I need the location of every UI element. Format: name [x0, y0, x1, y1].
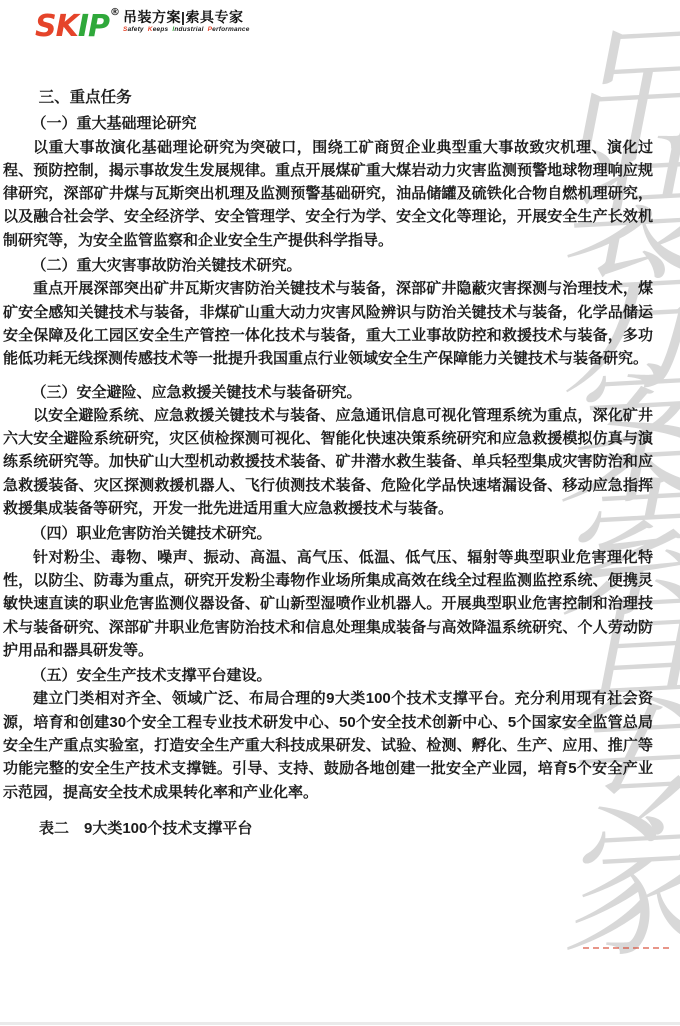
brand-letter-p: P — [88, 9, 109, 44]
section-1-title: （一）重大基础理论研究 — [3, 112, 653, 135]
logo-taglines: 吊装方案|索具专家 Safety Keeps Industrial Perfor… — [123, 6, 252, 33]
section-5-title: （五）安全生产技术支撑平台建设。 — [3, 664, 653, 687]
section-3-paragraph: 以安全避险系统、应急救援关键技术与装备、应急通讯信息可视化管理系统为重点，深化矿… — [3, 404, 653, 520]
section-1-paragraph: 以重大事故演化基础理论研究为突破口，围绕工矿商贸企业典型重大事故致灾机理、演化过… — [3, 136, 653, 252]
tagline-word-industrial: Industrial — [172, 26, 203, 33]
section-3-title: （三）安全避险、应急救援关键技术与装备研究。 — [3, 381, 653, 404]
brand-letter-k: K — [56, 9, 78, 44]
logo-tagline-english: Safety Keeps Industrial Performance — [123, 26, 252, 33]
skip-brand-wordmark: SKIP® — [35, 6, 119, 44]
red-marks-decoration — [583, 947, 669, 949]
page-bottom-edge — [0, 1022, 680, 1025]
company-logo: SKIP® 吊装方案|索具专家 Safety Keeps Industrial … — [35, 6, 252, 44]
section-2: （二）重大灾害事故防治关键技术研究。 重点开展深部突出矿井瓦斯灾害防治关键技术与… — [3, 254, 653, 370]
section-4: （四）职业危害防治关键技术研究。 针对粉尘、毒物、噪声、振动、高温、高气压、低温… — [3, 522, 653, 662]
registered-trademark-icon: ® — [110, 7, 119, 18]
tagline-word-performance: Performance — [208, 26, 250, 33]
logo-tagline-chinese: 吊装方案|索具专家 — [123, 9, 252, 25]
section-4-title: （四）职业危害防治关键技术研究。 — [3, 522, 653, 545]
tagline-word-keeps: Keeps — [148, 26, 169, 33]
section-4-paragraph: 针对粉尘、毒物、噪声、振动、高温、高气压、低温、低气压、辐射等典型职业危害理化特… — [3, 546, 653, 662]
section-2-paragraph: 重点开展深部突出矿井瓦斯灾害防治关键技术与装备，深部矿井隐蔽灾害探测与治理技术，… — [3, 277, 653, 370]
table-caption: 表二 9大类100个技术支撑平台 — [3, 817, 653, 840]
watermark-char: 家 — [553, 832, 680, 952]
brand-letter-s: S — [35, 9, 56, 44]
section-5: （五）安全生产技术支撑平台建设。 建立门类相对齐全、领域广泛、布局合理的9大类1… — [3, 664, 653, 804]
chapter-heading: 三、重点任务 — [3, 86, 653, 109]
section-1: （一）重大基础理论研究 以重大事故演化基础理论研究为突破口，围绕工矿商贸企业典型… — [3, 112, 653, 252]
section-3: （三）安全避险、应急救援关键技术与装备研究。 以安全避险系统、应急救援关键技术与… — [3, 381, 653, 521]
section-5-paragraph: 建立门类相对齐全、领域广泛、布局合理的9大类100个技术支撑平台。充分利用现有社… — [3, 687, 653, 803]
brand-letter-i: I — [78, 9, 88, 44]
document-body: 三、重点任务 （一）重大基础理论研究 以重大事故演化基础理论研究为突破口，围绕工… — [3, 86, 653, 840]
section-2-title: （二）重大灾害事故防治关键技术研究。 — [3, 254, 653, 277]
tagline-word-safety: Safety — [123, 26, 144, 33]
